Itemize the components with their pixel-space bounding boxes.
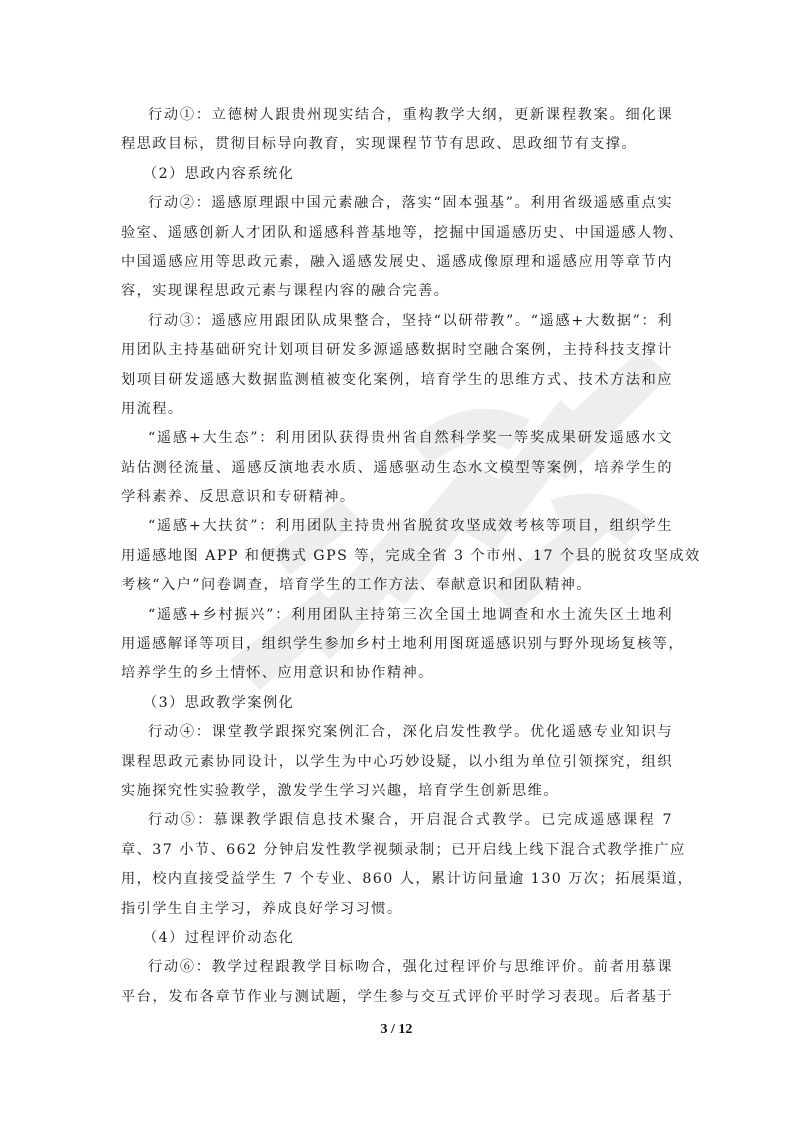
- text-line: 中国遥感应用等思政元素，融入遥感发展史、遥感成像原理和遥感应用等章节内: [121, 248, 673, 277]
- text-line: “遥感+大生态”：利用团队获得贵州省自然科学奖一等奖成果研发遥感水文: [121, 424, 673, 453]
- text-line: 用团队主持基础研究计划项目研发多源遥感数据时空融合案例，主持科技支撑计: [121, 336, 673, 365]
- text-line: 行动⑤：慕课教学跟信息技术聚合，开启混合式教学。已完成遥感课程 7: [121, 806, 673, 835]
- text-line: 站估测径流量、遥感反演地表水质、遥感驱动生态水文模型等案例，培养学生的: [121, 454, 673, 483]
- text-line: 指引学生自主学习，养成良好学习习惯。: [121, 895, 673, 924]
- text-line: “遥感+乡村振兴”：利用团队主持第三次全国土地调查和水土流失区土地利: [121, 601, 673, 630]
- text-line: 实施探究性实验教学，激发学生学习兴趣，培育学生创新思维。: [121, 777, 673, 806]
- text-line: 程思政目标，贯彻目标导向教育，实现课程节节有思政、思政细节有支撑。: [121, 130, 673, 159]
- text-line: 用，校内直接受益学生 7 个专业、860 人，累计访问量逾 130 万次；拓展渠…: [121, 865, 673, 894]
- text-line: 用流程。: [121, 395, 673, 424]
- section-heading-2: （2）思政内容系统化: [121, 160, 673, 189]
- text-line: “遥感+大扶贫”：利用团队主持贵州省脱贫攻坚成效考核等项目，组织学生: [121, 512, 673, 541]
- text-line: 划项目研发遥感大数据监测植被变化案例，培育学生的思维方式、技术方法和应: [121, 366, 673, 395]
- text-line: 行动①：立德树人跟贵州现实结合，重构教学大纲，更新课程教案。细化课: [121, 101, 673, 130]
- text-line: 行动⑥：教学过程跟教学目标吻合，强化过程评价与思维评价。前者用慕课: [121, 953, 673, 982]
- text-line: 用遥感解译等项目，组织学生参加乡村土地利用图斑遥感识别与野外现场复核等，: [121, 630, 673, 659]
- text-line: 用遥感地图 APP 和便携式 GPS 等，完成全省 3 个市州、17 个县的脱贫…: [121, 542, 673, 571]
- text-line: 容，实现课程思政元素与课程内容的融合完善。: [121, 277, 673, 306]
- text-line: 行动③：遥感应用跟团队成果整合，坚持“以研带教”。“遥感+大数据”：利: [121, 307, 673, 336]
- section-heading-4: （4）过程评价动态化: [121, 924, 673, 953]
- section-heading-3: （3）思政教学案例化: [121, 689, 673, 718]
- text-line: 培养学生的乡土情怀、应用意识和协作精神。: [121, 659, 673, 688]
- text-line: 行动④：课堂教学跟探究案例汇合，深化启发性教学。优化遥感专业知识与: [121, 718, 673, 747]
- text-line: 考核“入户”问卷调查，培育学生的工作方法、奉献意识和团队精神。: [121, 571, 673, 600]
- text-line: 验室、遥感创新人才团队和遥感科普基地等，挖掘中国遥感历史、中国遥感人物、: [121, 219, 673, 248]
- text-line: 学科素养、反思意识和专研精神。: [121, 483, 673, 512]
- text-line: 行动②：遥感原理跟中国元素融合，落实“固本强基”。利用省级遥感重点实: [121, 189, 673, 218]
- document-page: 行动①：立德树人跟贵州现实结合，重构教学大纲，更新课程教案。细化课 程思政目标，…: [0, 0, 793, 1122]
- page-number: 3 / 12: [0, 1022, 793, 1038]
- body-text: 行动①：立德树人跟贵州现实结合，重构教学大纲，更新课程教案。细化课 程思政目标，…: [121, 101, 673, 1012]
- text-line: 平台，发布各章节作业与测试题，学生参与交互式评价平时学习表现。后者基于: [121, 983, 673, 1012]
- text-line: 课程思政元素协同设计，以学生为中心巧妙设疑，以小组为单位引领探究，组织: [121, 748, 673, 777]
- text-line: 章、37 小节、662 分钟启发性教学视频录制；已开启线上线下混合式教学推广应: [121, 836, 673, 865]
